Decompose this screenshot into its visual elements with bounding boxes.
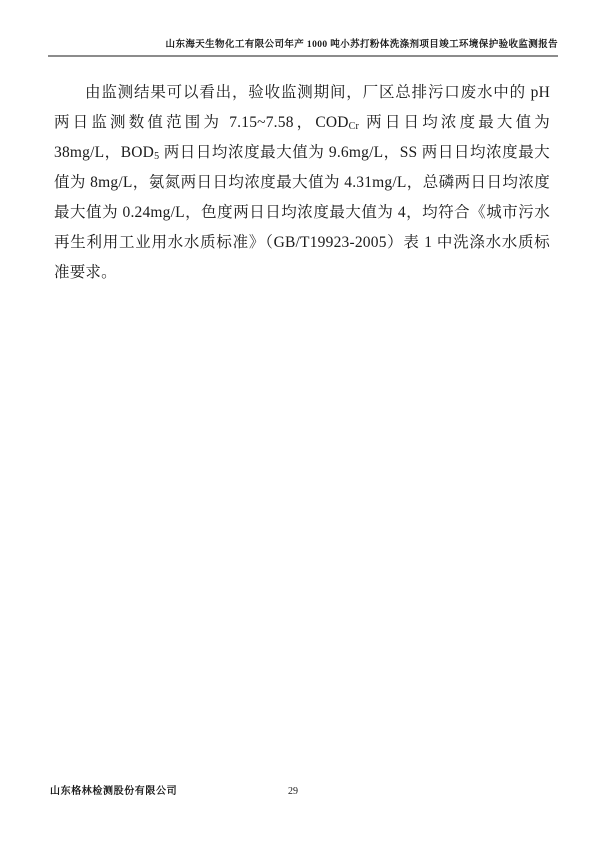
report-header: 山东海天生物化工有限公司年产 1000 吨小苏打粉体洗涤剂项目竣工环境保护验收监… (48, 39, 558, 57)
page-footer: 山东格林检测股份有限公司 29 (50, 784, 550, 800)
page-content: 由监测结果可以看出，验收监测期间，厂区总排污口废水中的 pH 两日监测数值范围为… (54, 78, 550, 288)
header-title: 山东海天生物化工有限公司年产 1000 吨小苏打粉体洗涤剂项目竣工环境保护验收监… (48, 39, 558, 52)
body-paragraph: 由监测结果可以看出，验收监测期间，厂区总排污口废水中的 pH 两日监测数值范围为… (54, 78, 550, 288)
header-rule (48, 55, 558, 57)
footer-page-number: 29 (50, 784, 536, 800)
paragraph-segment: 两日日均浓度最大值为 9.6mg/L，SS 两日日均浓度最大值为 8mg/L，氨… (54, 144, 550, 281)
document-page: 山东海天生物化工有限公司年产 1000 吨小苏打粉体洗涤剂项目竣工环境保护验收监… (0, 0, 600, 848)
subscript-cod-cr: Cr (349, 121, 359, 132)
